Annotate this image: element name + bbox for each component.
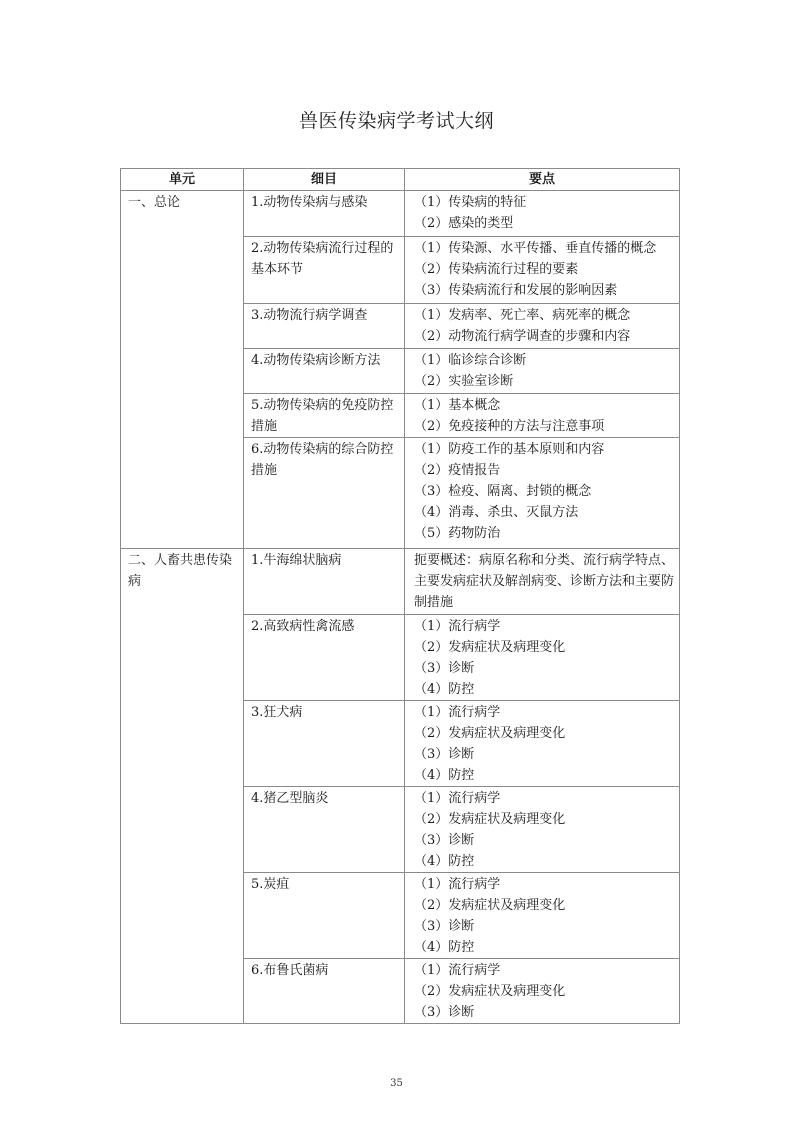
point-line: （3）检疫、隔离、封锁的概念	[414, 481, 675, 502]
points-cell: （1）流行病学 （2）发病症状及病理变化 （3）诊断 （4）防控	[405, 873, 680, 959]
point-line: （4）防控	[414, 851, 675, 872]
point-line: （2）发病症状及病理变化	[414, 895, 675, 916]
point-line: （1）基本概念	[414, 395, 675, 416]
point-line: （2）动物流行病学调查的步骤和内容	[414, 326, 675, 347]
summary-cell: 扼要概述：病原名称和分类、流行病学特点、主要发病症状及解剖病变、诊断方法和主要防…	[405, 549, 680, 615]
item-cell: 5.炭疽	[244, 873, 405, 959]
header-unit: 单元	[121, 169, 244, 191]
point-line: （1）流行病学	[414, 616, 675, 637]
point-line: （4）防控	[414, 765, 675, 786]
header-item: 细目	[244, 169, 405, 191]
unit-cell: 一、总论	[121, 191, 244, 549]
point-line: （2）感染的类型	[414, 213, 675, 234]
item-cell: 6.动物传染病的综合防控措施	[244, 438, 405, 549]
points-cell: （1）流行病学 （2）发病症状及病理变化 （3）诊断 （4）防控	[405, 615, 680, 701]
syllabus-table: 单元 细目 要点 一、总论 1.动物传染病与感染 （1）传染病的特征 （2）感染…	[120, 168, 680, 1024]
points-cell: （1）传染病的特征 （2）感染的类型	[405, 191, 680, 237]
item-cell: 2.动物传染病流行过程的基本环节	[244, 237, 405, 304]
point-line: （3）传染病流行和发展的影响因素	[414, 280, 675, 301]
point-line: （1）流行病学	[414, 788, 675, 809]
point-line: （5）药物防治	[414, 523, 675, 544]
item-cell: 5.动物传染病的免疫防控措施	[244, 394, 405, 438]
header-points: 要点	[405, 169, 680, 191]
point-line: （4）防控	[414, 937, 675, 958]
table-header-row: 单元 细目 要点	[121, 169, 680, 191]
points-cell: （1）流行病学 （2）发病症状及病理变化 （3）诊断 （4）防控	[405, 787, 680, 873]
point-line: （3）诊断	[414, 1002, 675, 1023]
point-line: （4）消毒、杀虫、灭鼠方法	[414, 502, 675, 523]
item-cell: 1.动物传染病与感染	[244, 191, 405, 237]
point-line: （2）疫情报告	[414, 460, 675, 481]
point-line: （1）发病率、死亡率、病死率的概念	[414, 305, 675, 326]
item-cell: 2.高致病性禽流感	[244, 615, 405, 701]
points-cell: （1）发病率、死亡率、病死率的概念 （2）动物流行病学调查的步骤和内容	[405, 304, 680, 349]
point-line: （3）诊断	[414, 658, 675, 679]
page-number: 35	[0, 1078, 793, 1089]
points-cell: （1）基本概念 （2）免疫接种的方法与注意事项	[405, 394, 680, 438]
point-line: （1）临诊综合诊断	[414, 350, 675, 371]
point-line: （2）传染病流行过程的要素	[414, 259, 675, 280]
point-line: （2）发病症状及病理变化	[414, 637, 675, 658]
page-title: 兽医传染病学考试大纲	[0, 108, 793, 134]
point-line: （3）诊断	[414, 916, 675, 937]
point-line: （2）实验室诊断	[414, 371, 675, 392]
point-line: （1）防疫工作的基本原则和内容	[414, 439, 675, 460]
point-line: （2）发病症状及病理变化	[414, 809, 675, 830]
points-cell: （1）流行病学 （2）发病症状及病理变化 （3）诊断 （4）防控	[405, 701, 680, 787]
item-cell: 3.动物流行病学调查	[244, 304, 405, 349]
item-cell: 3.狂犬病	[244, 701, 405, 787]
points-cell: （1）防疫工作的基本原则和内容 （2）疫情报告 （3）检疫、隔离、封锁的概念 （…	[405, 438, 680, 549]
point-line: （1）传染病的特征	[414, 192, 675, 213]
point-line: （1）流行病学	[414, 874, 675, 895]
point-line: （3）诊断	[414, 744, 675, 765]
points-cell: （1）临诊综合诊断 （2）实验室诊断	[405, 349, 680, 394]
point-line: （2）发病症状及病理变化	[414, 981, 675, 1002]
unit-cell: 二、人畜共患传染病	[121, 549, 244, 1024]
item-cell: 6.布鲁氏菌病	[244, 959, 405, 1024]
point-line: （2）发病症状及病理变化	[414, 723, 675, 744]
point-line: （2）免疫接种的方法与注意事项	[414, 416, 675, 437]
item-cell: 1.牛海绵状脑病	[244, 549, 405, 615]
point-line: （3）诊断	[414, 830, 675, 851]
points-cell: （1）流行病学 （2）发病症状及病理变化 （3）诊断	[405, 959, 680, 1024]
item-cell: 4.猪乙型脑炎	[244, 787, 405, 873]
table-row: 一、总论 1.动物传染病与感染 （1）传染病的特征 （2）感染的类型	[121, 191, 680, 237]
point-line: （4）防控	[414, 679, 675, 700]
point-line: （1）流行病学	[414, 960, 675, 981]
point-line: （1）流行病学	[414, 702, 675, 723]
table-row: 二、人畜共患传染病 1.牛海绵状脑病 扼要概述：病原名称和分类、流行病学特点、主…	[121, 549, 680, 615]
item-cell: 4.动物传染病诊断方法	[244, 349, 405, 394]
points-cell: （1）传染源、水平传播、垂直传播的概念 （2）传染病流行过程的要素 （3）传染病…	[405, 237, 680, 304]
point-line: （1）传染源、水平传播、垂直传播的概念	[414, 238, 675, 259]
